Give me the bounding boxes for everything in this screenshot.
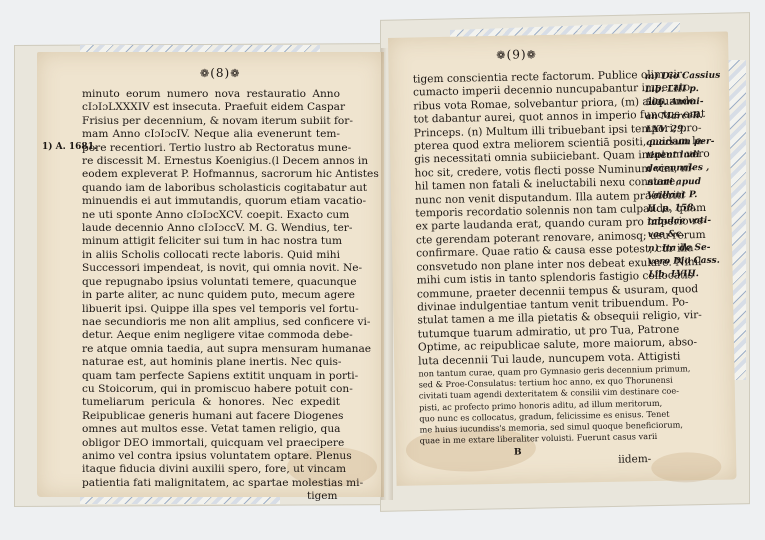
right-page-small-text: non tantum curae, quam pro Gymnasio geri… [418,364,643,447]
text-line: mam Anno cIɔIɔcIV. Neque alia evenerunt … [82,128,340,141]
text-line: tumeliarum pericula & honores. Nec exped… [82,396,340,409]
text-line: minuendis ei aut immutandis, quorum etia… [82,195,340,208]
text-line: quando iam de laboribus scholasticis cog… [82,182,340,195]
page-number: (9) [506,47,526,61]
text-line: libuerit ipsi. Quippe illa spes vel temp… [82,303,340,316]
page-number: (8) [210,66,230,80]
text-line: itaque fiducia divini auxilii spero, for… [82,463,340,476]
signature-mark: B [514,448,522,458]
text-line: re discessit M. Ernestus Koenigius.(l De… [82,155,340,168]
margin-note: 1) A. 1681. [42,142,97,152]
text-line: naturae est, aut hominis plane inertis. … [82,356,340,369]
margin-note-line: m) Dio Cassius [645,70,721,85]
text-line: quam tam perfecte Sapiens extitit unquam… [82,370,340,383]
text-line: cu Stoicorum, qui in promiscuo habere po… [82,383,340,396]
text-line: laude decennio Anno cIɔIɔccV. M. G. Wend… [82,222,340,235]
margin-note-line: vero Dio Cass. [648,254,724,269]
text-line: in parte aliter, ac nunc quidem puto, me… [82,289,340,302]
text-line: Frisius per decennium, & novam iterum su… [82,115,340,128]
text-line: detur. Aeque enim negligere vitae commod… [82,329,340,342]
text-line: re atque omnia taedia, aut supra mensura… [82,343,340,356]
ornament-icon: ❁ [526,48,536,61]
margin-note-line: Lib. LVIII. [648,268,724,283]
right-page: ❁(9)❁ tigem conscientia recte factorum. … [388,31,737,485]
left-page-body-text: minuto eorum numero nova restauratio Ann… [82,88,340,490]
text-line: pore recentiori. Tertio lustro ab Rector… [82,142,340,155]
text-line: patientia fati malignitatem, ac spartae … [82,477,340,490]
page-number-header: ❁(9)❁ [496,47,537,62]
ornament-icon: ❁ [200,67,210,80]
catchword: iidem- [618,453,651,466]
text-line: minuto eorum numero nova restauratio Ann… [82,88,340,101]
ornament-icon: ❁ [230,67,240,80]
text-line: cIɔIɔLXXXIV est insecuta. Praefuit eidem… [82,101,340,114]
ornament-icon: ❁ [496,49,506,62]
margin-note-line: quorsum per- [646,136,722,151]
text-line: animo vel contra ipsius voluntatem optar… [82,450,340,463]
right-page-body-text: tigem conscientia recte factorum. Public… [413,69,643,368]
text-line: Successori impendeat, is novit, qui omni… [82,262,340,275]
page-number-header: ❁(8)❁ [200,66,240,80]
text-line: in aliis Scholis collocati recte laboris… [82,249,340,262]
text-line: omnes aut multos esse. Vetat tamen relig… [82,423,340,436]
text-line: Reipublicae generis humani aut facere Di… [82,410,340,423]
text-line: que repugnabo ipsius voluntati temere, q… [82,276,340,289]
margin-notes: m) Dio CassiusLib. LIII p.506. Ammi-an M… [645,70,724,283]
text-line: ne uti sponte Anno cIɔIɔcXCV. coepit. Ex… [82,209,340,222]
text-line: minum attigit feliciter sui tum in hac n… [82,235,340,248]
left-page: ❁(8)❁ minuto eorum numero nova restaurat… [37,52,384,497]
text-line: eodem expleverat P. Hofmannus, sacrorum … [82,168,340,181]
marbled-endpaper [80,496,280,504]
text-line: obligor DEO immortali, quicquam vel prae… [82,437,340,450]
text-line: nae secundioris me non alit amplius, sed… [82,316,340,329]
catchword: tigem [307,490,337,502]
foxing-stain [651,452,722,483]
